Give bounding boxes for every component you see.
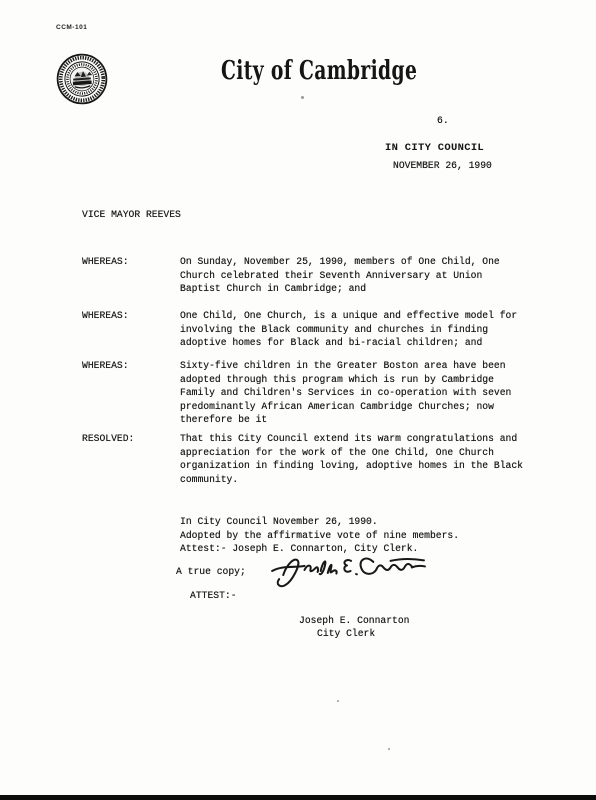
agenda-item-number: 6. xyxy=(437,114,449,128)
form-number: CCM-101 xyxy=(56,24,87,31)
true-copy-label: A true copy; xyxy=(176,565,246,579)
attest-label: ATTEST:- xyxy=(190,589,237,603)
clause-line: On Sunday, November 25, 1990, members of… xyxy=(180,255,536,269)
sponsor-line: VICE MAYOR REEVES xyxy=(82,208,181,222)
clerk-typed-name: Joseph E. Connarton xyxy=(299,614,409,628)
clerk-typed-title: City Clerk xyxy=(317,627,375,641)
clause-line: That this City Council extend its warm c… xyxy=(180,432,536,446)
scan-edge-bar xyxy=(0,795,596,800)
clause-line: involving the Black community and church… xyxy=(180,323,536,337)
clause-label: WHEREAS: xyxy=(82,309,129,323)
document-page: CCM-101 City of Cambridge 6. IN CITY COU… xyxy=(0,0,596,800)
council-header: IN CITY COUNCIL xyxy=(385,142,484,154)
clause-line: therefore be it xyxy=(180,413,536,427)
clause-line: adopted through this program which is ru… xyxy=(180,373,536,387)
clause-line: community. xyxy=(180,473,536,487)
clause-line: appreciation for the work of the One Chi… xyxy=(180,446,536,460)
clause-line: Church celebrated their Seventh Annivers… xyxy=(180,269,536,283)
closing-line: In City Council November 26, 1990. xyxy=(180,515,540,529)
scan-speck xyxy=(388,748,390,750)
clause-label: RESOLVED: xyxy=(82,432,134,446)
clause-line: Baptist Church in Cambridge; and xyxy=(180,282,536,296)
clause-line: organization in finding loving, adoptive… xyxy=(180,459,536,473)
clause-line: Sixty-five children in the Greater Bosto… xyxy=(180,359,536,373)
city-of-cambridge-seal-icon xyxy=(56,51,108,107)
clause-line: adoptive homes for Black and bi-racial c… xyxy=(180,336,536,350)
document-title: City of Cambridge xyxy=(221,56,417,86)
scan-speck xyxy=(337,700,339,702)
signature-handwriting xyxy=(266,552,428,592)
clause-line: One Child, One Church, is a unique and e… xyxy=(180,309,536,323)
council-date: NOVEMBER 26, 1990 xyxy=(393,159,492,173)
closing-line: Adopted by the affirmative vote of nine … xyxy=(180,529,540,543)
closing-block: In City Council November 26, 1990. Adopt… xyxy=(180,515,540,556)
clause-line: Family and Children's Services in co-ope… xyxy=(180,386,536,400)
clause-line: predominantly African American Cambridge… xyxy=(180,400,536,414)
scan-speck xyxy=(301,96,304,99)
clause-label: WHEREAS: xyxy=(82,359,129,373)
clause-label: WHEREAS: xyxy=(82,255,129,269)
